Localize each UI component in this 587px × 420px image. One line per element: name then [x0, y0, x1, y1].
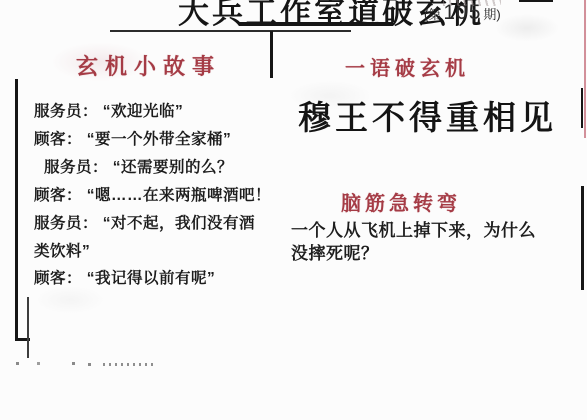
- dialogue-line: 类饮料”: [34, 239, 90, 261]
- scan-dotted-run: [103, 363, 153, 366]
- right-edge-pink-line: [584, 0, 586, 138]
- cutoff-stroke-fragment: [443, 0, 501, 6]
- dialogue-line: 服务员： “对不起，我们没有酒: [34, 211, 255, 233]
- header-rule: [110, 30, 351, 32]
- scan-dot: [72, 362, 75, 365]
- scan-dot: [88, 363, 91, 366]
- dialogue-line: 顾客： “我记得以前有呢”: [34, 266, 215, 288]
- issue-prefix: (第: [424, 4, 441, 23]
- riddle-heading: 一语破玄机: [345, 52, 470, 81]
- dialogue-line: 服务员： “还需要别的么？: [44, 155, 233, 177]
- right-border-segment: [581, 186, 584, 290]
- column-divider-tick: [270, 31, 273, 78]
- dialogue-line: 顾客： “嗯……在来两瓶啤酒吧！: [34, 183, 271, 205]
- right-border-segment: [581, 88, 583, 128]
- left-border-inner-line: [27, 297, 29, 358]
- brain-teaser-line: 一个人从飞机上掉下来，为什么: [291, 216, 536, 241]
- issue-suffix: 期): [483, 4, 500, 23]
- brain-teaser-line: 没摔死呢？: [291, 239, 379, 264]
- story-heading: 玄机小故事: [76, 50, 221, 81]
- dialogue-line: 顾客： “要一个外带全家桶”: [34, 127, 231, 149]
- riddle-phrase: 穆王不得重相见: [298, 92, 557, 139]
- scanned-page: 大兵工作室道破玄机 (第 105 期) 玄机小故事 服务员： “欢迎光临” 顾客…: [0, 0, 587, 420]
- dialogue-line: 服务员： “欢迎光临”: [34, 99, 183, 121]
- brain-teaser-heading: 脑筋急转弯: [341, 187, 461, 216]
- scan-dot: [16, 362, 19, 365]
- title-underline: [239, 22, 393, 26]
- left-border-line: [15, 79, 18, 341]
- top-right-line-fragment: [519, 0, 553, 2]
- scan-dot: [37, 362, 40, 365]
